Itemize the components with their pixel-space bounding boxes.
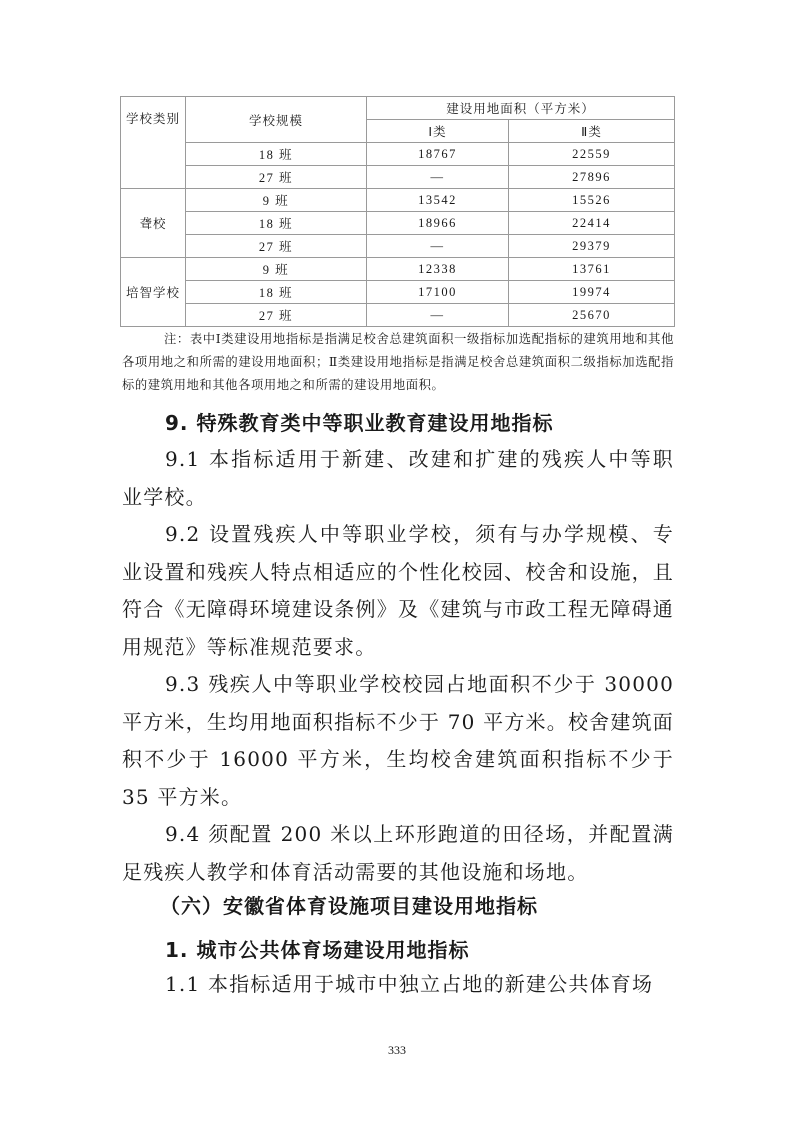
cell-scale: 9 班 [186, 189, 367, 212]
cell-class1: — [367, 304, 509, 327]
cell-scale: 18 班 [186, 281, 367, 304]
cell-class1: 18966 [367, 212, 509, 235]
header-category: 学校类别 [121, 97, 186, 189]
table-row: 聋校 9 班 13542 15526 [121, 189, 675, 212]
header-class2: Ⅱ类 [509, 120, 675, 143]
page-number: 333 [0, 1043, 794, 1058]
paragraph-9-3: 9.3 残疾人中等职业学校校园占地面积不少于 30000 平方米，生均用地面积指… [122, 666, 674, 816]
table-row: 27 班 — 29379 [121, 235, 675, 258]
cell-class1: 12338 [367, 258, 509, 281]
header-scale: 学校规模 [186, 97, 367, 143]
cell-scale: 27 班 [186, 235, 367, 258]
cell-class2: 27896 [509, 166, 675, 189]
header-area-group: 建设用地面积（平方米） [367, 97, 675, 120]
cell-scale: 27 班 [186, 304, 367, 327]
table-row: 培智学校 9 班 12338 13761 [121, 258, 675, 281]
section-9-heading: 9. 特殊教育类中等职业教育建设用地指标 [165, 407, 553, 436]
cell-class2: 25670 [509, 304, 675, 327]
table-row: 27 班 — 25670 [121, 304, 675, 327]
cell-class2: 22559 [509, 143, 675, 166]
cell-class1: — [367, 166, 509, 189]
header-class1: Ⅰ类 [367, 120, 509, 143]
document-page: 学校类别 学校规模 建设用地面积（平方米） Ⅰ类 Ⅱ类 18 班 18767 2… [0, 0, 794, 1122]
table-row: 18 班 17100 19974 [121, 281, 675, 304]
cell-scale: 9 班 [186, 258, 367, 281]
cell-class1: 18767 [367, 143, 509, 166]
cell-scale: 27 班 [186, 166, 367, 189]
table-note: 注：表中Ⅰ类建设用地指标是指满足校舍总建筑面积一级指标加选配指标的建筑用地和其他… [122, 328, 674, 397]
paragraph-9-4: 9.4 须配置 200 米以上环形跑道的田径场，并配置满足残疾人教学和体育活动需… [122, 816, 674, 891]
paragraph-9-1: 9.1 本指标适用于新建、改建和扩建的残疾人中等职业学校。 [122, 441, 674, 516]
paragraph-1-1: 1.1 本指标适用于城市中独立占地的新建公共体育场 [122, 966, 674, 1004]
cell-class2: 13761 [509, 258, 675, 281]
paragraph-9-2: 9.2 设置残疾人中等职业学校，须有与办学规模、专业设置和残疾人特点相适应的个性… [122, 516, 674, 666]
cell-scale: 18 班 [186, 212, 367, 235]
cell-class1: 17100 [367, 281, 509, 304]
section-6-heading: （六）安徽省体育设施项目建设用地指标 [160, 890, 538, 919]
cell-class2: 29379 [509, 235, 675, 258]
cell-category: 聋校 [121, 189, 186, 258]
table-row: 18 班 18966 22414 [121, 212, 675, 235]
cell-class2: 15526 [509, 189, 675, 212]
section-1-heading: 1. 城市公共体育场建设用地指标 [165, 934, 469, 963]
cell-class1: 13542 [367, 189, 509, 212]
cell-class2: 19974 [509, 281, 675, 304]
cell-class2: 22414 [509, 212, 675, 235]
cell-category: 培智学校 [121, 258, 186, 327]
land-area-table: 学校类别 学校规模 建设用地面积（平方米） Ⅰ类 Ⅱ类 18 班 18767 2… [120, 96, 675, 327]
table-row: 27 班 — 27896 [121, 166, 675, 189]
cell-scale: 18 班 [186, 143, 367, 166]
table-row: 18 班 18767 22559 [121, 143, 675, 166]
cell-class1: — [367, 235, 509, 258]
